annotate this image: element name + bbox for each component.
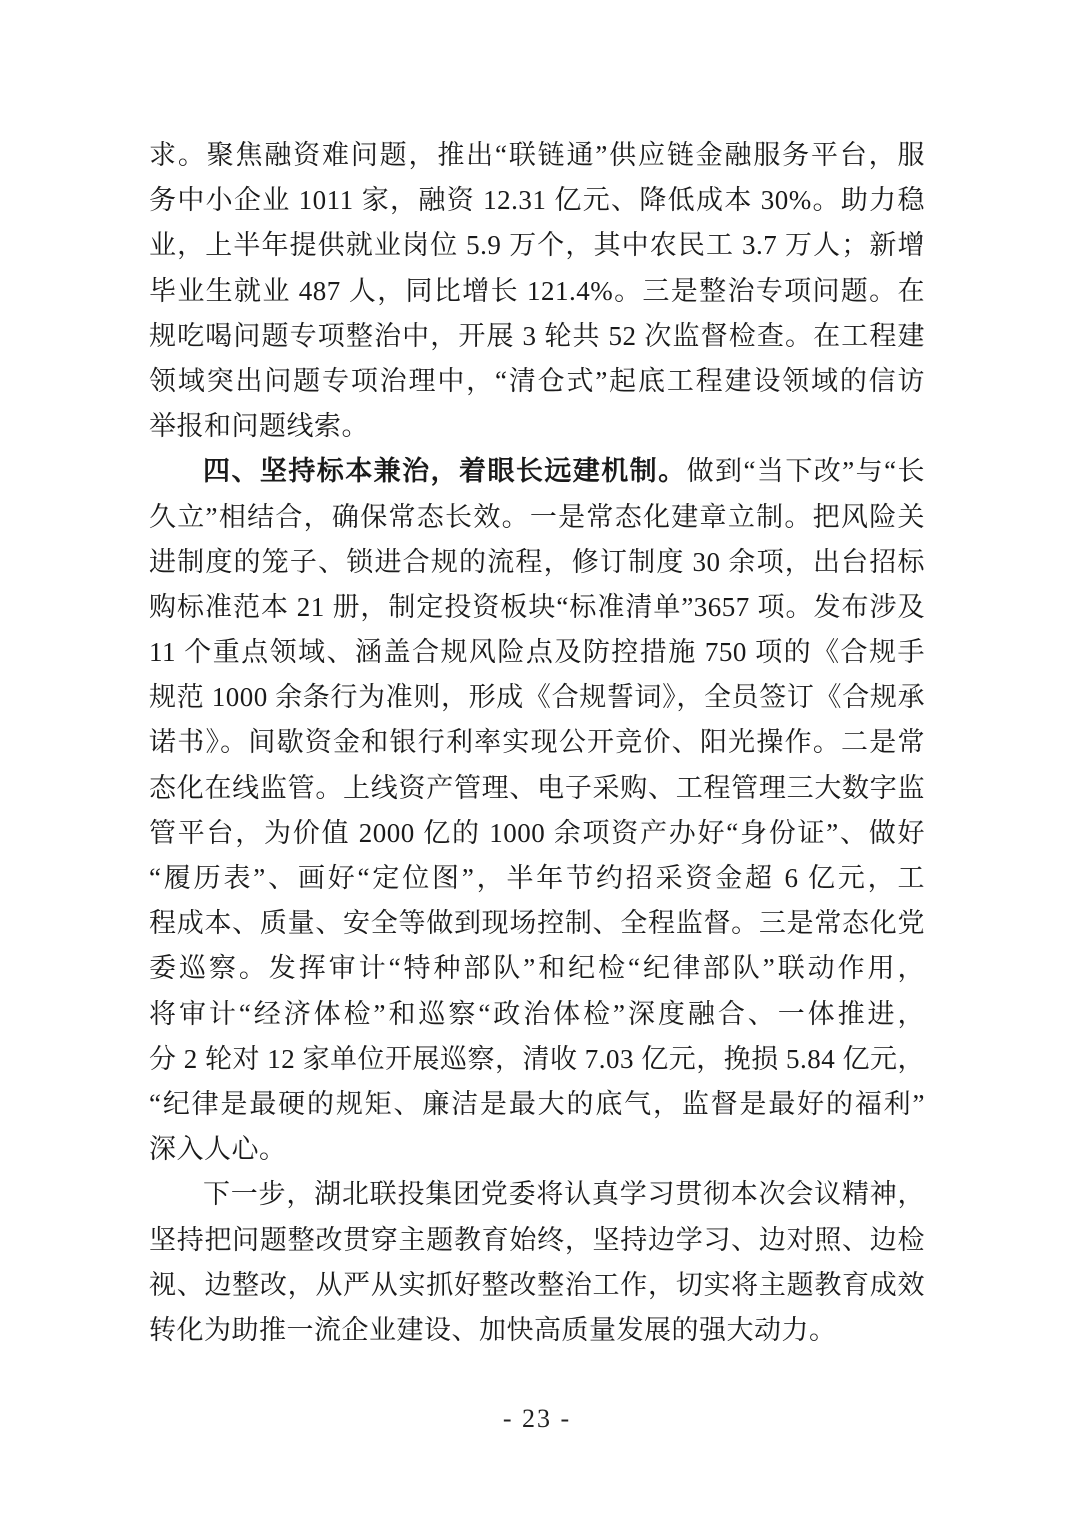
text-line: 程成本、质量、安全等做到现场控制、全程监督。三是常态化党 bbox=[149, 901, 925, 946]
text-line: 态化在线监管。上线资产管理、电子采购、工程管理三大数字监 bbox=[149, 766, 925, 811]
text-segment: 领域突出问题专项治理中，“清仓式”起底工程建设领域的信访 bbox=[149, 366, 925, 396]
bold-text-segment: 四、坚持标本兼治，着眼长远建机制。 bbox=[203, 456, 687, 486]
text-segment: 转化为助推一流企业建设、加快高质量发展的强大动力。 bbox=[149, 1315, 837, 1345]
text-line: 规范 1000 余条行为准则，形成《合规誓词》，全员签订《合规承 bbox=[149, 675, 925, 720]
text-line: 求。聚焦融资难问题，推出“联链通”供应链金融服务平台，服 bbox=[149, 133, 925, 178]
text-segment: 务中小企业 1011 家，融资 12.31 亿元、降低成本 30%。助力稳就 bbox=[149, 185, 925, 223]
text-segment: 规范 1000 余条行为准则，形成《合规誓词》，全员签订《合规承 bbox=[149, 682, 925, 712]
text-segment: 进制度的笼子、锁进合规的流程，修订制度 30 余项，出台招标采 bbox=[149, 547, 925, 585]
text-segment: 久立”相结合，确保常态长效。一是常态化建章立制。把风险关 bbox=[149, 502, 925, 532]
page-footer: - 23 - bbox=[0, 1404, 1074, 1434]
text-segment: 深入人心。 bbox=[149, 1134, 287, 1164]
text-segment: 程成本、质量、安全等做到现场控制、全程监督。三是常态化党 bbox=[149, 908, 925, 938]
text-segment: 业，上半年提供就业岗位 5.9 万个，其中农民工 3.7 万人；新增 bbox=[149, 230, 925, 260]
text-segment: 分 2 轮对 12 家单位开展巡察，清收 7.03 亿元，挽损 5.84 亿元， bbox=[149, 1044, 925, 1074]
text-line: 毕业生就业 487 人，同比增长 121.4%。三是整治专项问题。在违 bbox=[149, 269, 925, 314]
text-line: 规吃喝问题专项整治中，开展 3 轮共 52 次监督检查。在工程建设 bbox=[149, 314, 925, 359]
text-segment: 毕业生就业 487 人，同比增长 121.4%。三是整治专项问题。在违 bbox=[149, 276, 925, 314]
text-line: 下一步，湖北联投集团党委将认真学习贯彻本次会议精神， bbox=[149, 1172, 925, 1217]
text-segment: “纪律是最硬的规矩、廉洁是最大的底气，监督是最好的福利” bbox=[149, 1089, 925, 1119]
page-number: - 23 - bbox=[503, 1404, 571, 1433]
text-segment: 态化在线监管。上线资产管理、电子采购、工程管理三大数字监 bbox=[149, 773, 925, 803]
text-line: 四、坚持标本兼治，着眼长远建机制。做到“当下改”与“长 bbox=[149, 449, 925, 494]
document-page: 求。聚焦融资难问题，推出“联链通”供应链金融服务平台，服务中小企业 1011 家… bbox=[0, 0, 1074, 1520]
text-line: “纪律是最硬的规矩、廉洁是最大的底气，监督是最好的福利” bbox=[149, 1082, 925, 1127]
text-segment: 坚持把问题整改贯穿主题教育始终，坚持边学习、边对照、边检 bbox=[149, 1225, 925, 1255]
text-line: 管平台，为价值 2000 亿的 1000 余项资产办好“身份证”、做好 bbox=[149, 811, 925, 856]
text-line: 久立”相结合，确保常态长效。一是常态化建章立制。把风险关 bbox=[149, 495, 925, 540]
text-segment: “履历表”、画好“定位图”，半年节约招采资金超 6 亿元，工 bbox=[149, 863, 925, 893]
text-segment: 举报和问题线索。 bbox=[149, 411, 369, 441]
text-line: 将审计“经济体检”和巡察“政治体检”深度融合、一体推进， bbox=[149, 992, 925, 1037]
text-segment: 管平台，为价值 2000 亿的 1000 余项资产办好“身份证”、做好 bbox=[149, 818, 925, 848]
text-line: 坚持把问题整改贯穿主题教育始终，坚持边学习、边对照、边检 bbox=[149, 1218, 925, 1263]
paragraph: 四、坚持标本兼治，着眼长远建机制。做到“当下改”与“长久立”相结合，确保常态长效… bbox=[149, 449, 925, 1172]
text-line: 购标准范本 21 册，制定投资板块“标准清单”3657 项。发布涉及 bbox=[149, 585, 925, 630]
text-line: 11 个重点领域、涵盖合规风险点及防控措施 750 项的《合规手册》， bbox=[149, 630, 925, 675]
text-segment: 做到“当下改”与“长 bbox=[687, 456, 925, 486]
paragraph: 求。聚焦融资难问题，推出“联链通”供应链金融服务平台，服务中小企业 1011 家… bbox=[149, 133, 925, 449]
document-body: 求。聚焦融资难问题，推出“联链通”供应链金融服务平台，服务中小企业 1011 家… bbox=[149, 133, 925, 1353]
text-line: “履历表”、画好“定位图”，半年节约招采资金超 6 亿元，工 bbox=[149, 856, 925, 901]
text-segment: 下一步，湖北联投集团党委将认真学习贯彻本次会议精神， bbox=[203, 1179, 925, 1209]
text-line: 深入人心。 bbox=[149, 1127, 925, 1172]
text-segment: 11 个重点领域、涵盖合规风险点及防控措施 750 项的《合规手册》， bbox=[149, 637, 925, 675]
paragraph: 下一步，湖北联投集团党委将认真学习贯彻本次会议精神，坚持把问题整改贯穿主题教育始… bbox=[149, 1172, 925, 1353]
text-line: 视、边整改，从严从实抓好整改整治工作，切实将主题教育成效 bbox=[149, 1263, 925, 1308]
text-line: 分 2 轮对 12 家单位开展巡察，清收 7.03 亿元，挽损 5.84 亿元， bbox=[149, 1037, 925, 1082]
text-segment: 将审计“经济体检”和巡察“政治体检”深度融合、一体推进， bbox=[149, 999, 925, 1029]
text-line: 进制度的笼子、锁进合规的流程，修订制度 30 余项，出台招标采 bbox=[149, 540, 925, 585]
text-segment: 求。聚焦融资难问题，推出“联链通”供应链金融服务平台，服 bbox=[149, 140, 925, 170]
text-line: 业，上半年提供就业岗位 5.9 万个，其中农民工 3.7 万人；新增 bbox=[149, 223, 925, 268]
text-segment: 诺书》。间歇资金和银行利率实现公开竞价、阳光操作。二是常 bbox=[149, 727, 925, 757]
text-line: 务中小企业 1011 家，融资 12.31 亿元、降低成本 30%。助力稳就 bbox=[149, 178, 925, 223]
text-segment: 规吃喝问题专项整治中，开展 3 轮共 52 次监督检查。在工程建设 bbox=[149, 321, 925, 359]
text-segment: 购标准范本 21 册，制定投资板块“标准清单”3657 项。发布涉及 bbox=[149, 592, 925, 622]
text-line: 委巡察。发挥审计“特种部队”和纪检“纪律部队”联动作用， bbox=[149, 946, 925, 991]
text-segment: 视、边整改，从严从实抓好整改整治工作，切实将主题教育成效 bbox=[149, 1270, 925, 1300]
text-line: 举报和问题线索。 bbox=[149, 404, 925, 449]
text-segment: 委巡察。发挥审计“特种部队”和纪检“纪律部队”联动作用， bbox=[149, 953, 925, 983]
text-line: 转化为助推一流企业建设、加快高质量发展的强大动力。 bbox=[149, 1308, 925, 1353]
text-line: 诺书》。间歇资金和银行利率实现公开竞价、阳光操作。二是常 bbox=[149, 720, 925, 765]
text-line: 领域突出问题专项治理中，“清仓式”起底工程建设领域的信访 bbox=[149, 359, 925, 404]
